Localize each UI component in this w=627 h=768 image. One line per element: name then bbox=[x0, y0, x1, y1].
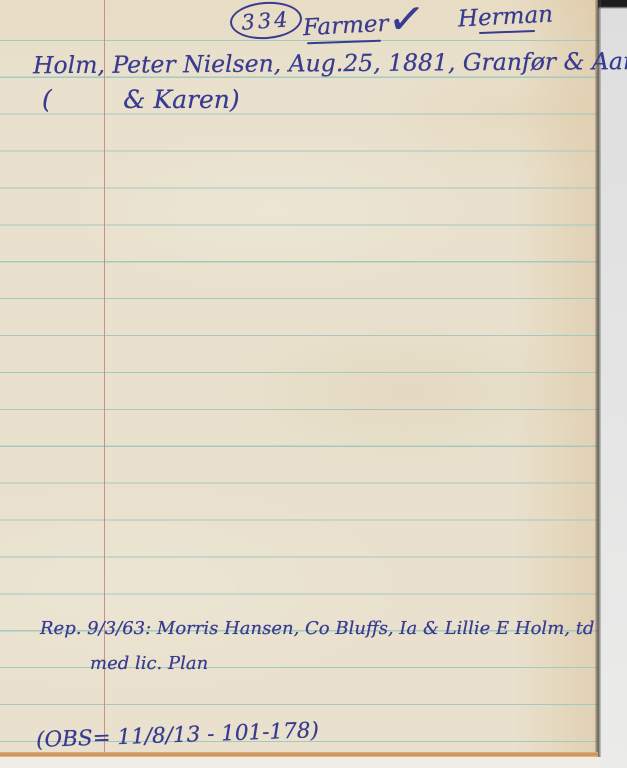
note-line-1: Rep. 9/3/63: Morris Hansen, Co Bluffs, I… bbox=[40, 618, 594, 639]
scanned-page: 334 Farmer ✓ Herman Holm, Peter Nielsen,… bbox=[0, 0, 627, 768]
checkmark-icon: ✓ bbox=[385, 0, 427, 47]
entry-line-2: ( & Karen) bbox=[42, 85, 240, 114]
occupation-label: Farmer bbox=[302, 11, 389, 41]
page-number: 334 bbox=[241, 7, 292, 34]
scanner-strip-dark-edge bbox=[598, 0, 627, 9]
scanner-strip bbox=[600, 0, 627, 768]
header-name: Herman bbox=[457, 2, 553, 33]
scanner-bed-strip bbox=[0, 757, 598, 768]
paper-edge-shadow bbox=[595, 0, 601, 757]
note-line-2: med lic. Plan bbox=[90, 653, 208, 674]
entry-line-1: Holm, Peter Nielsen, Aug.25, 1881, Granf… bbox=[33, 47, 627, 79]
